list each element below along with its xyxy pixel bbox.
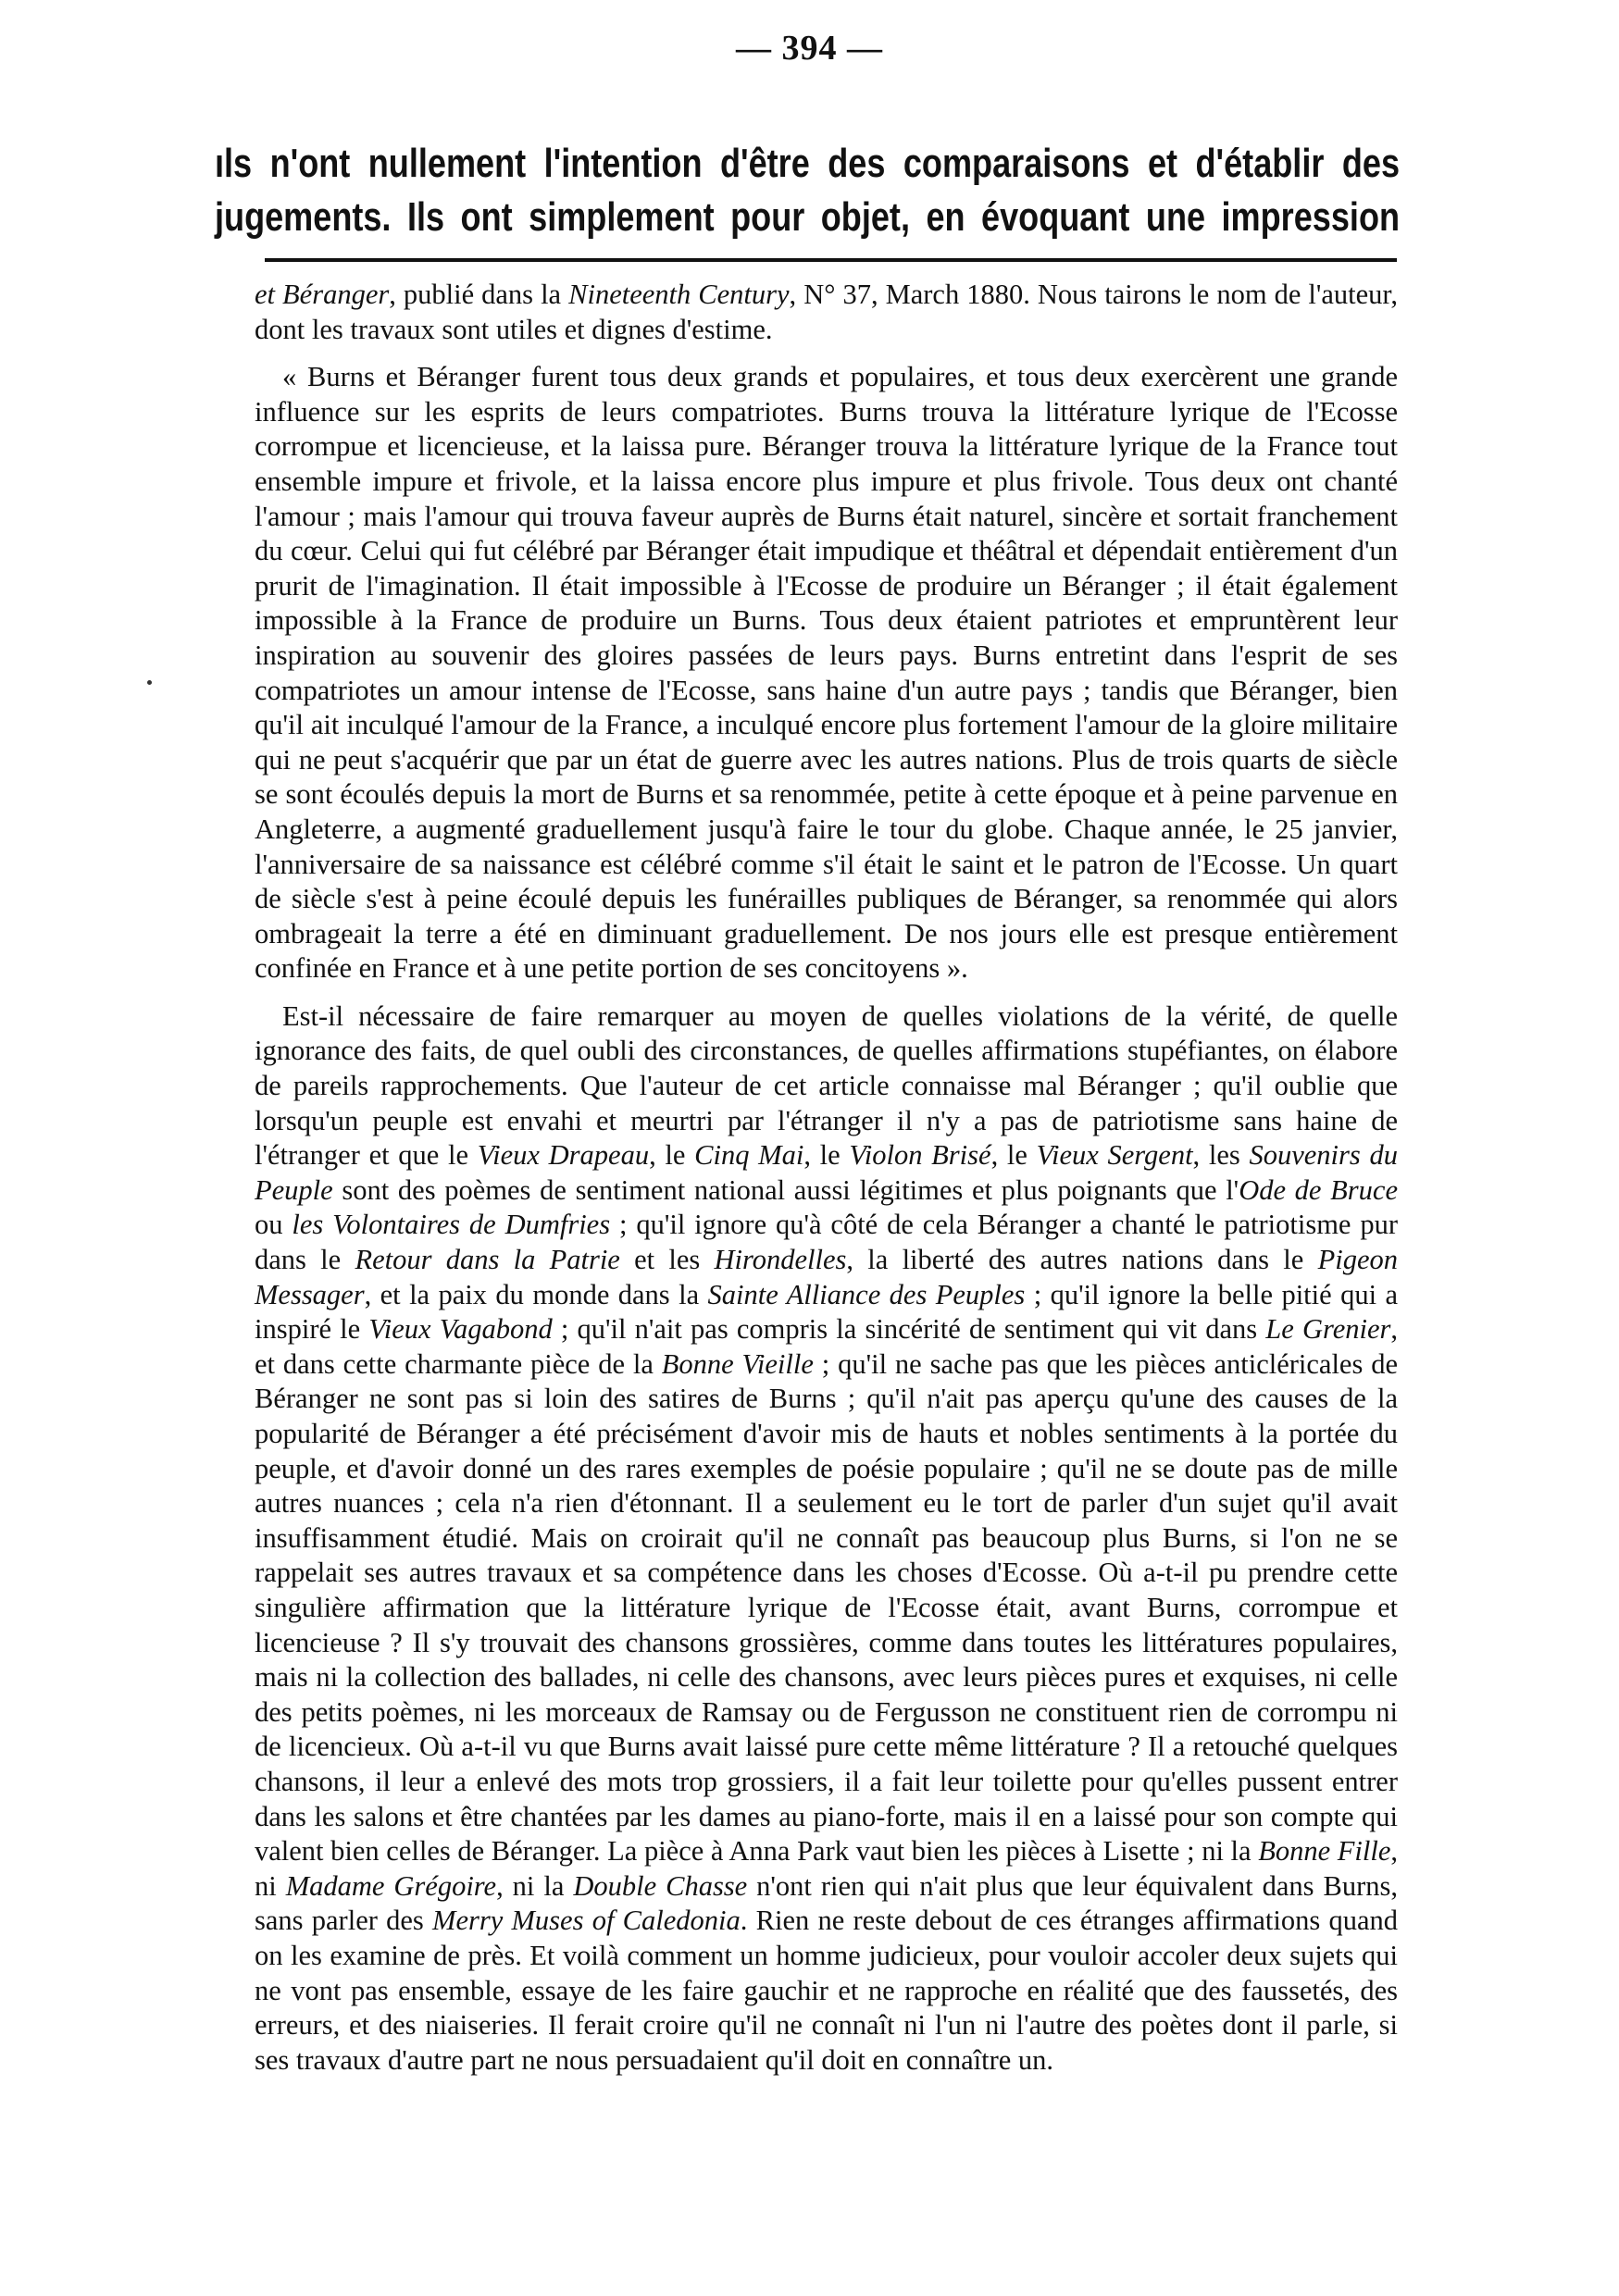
footnote-quote: « Burns et Béranger furent tous deux gra…: [255, 360, 1398, 987]
footnote-title-italic: et Béranger: [255, 279, 389, 310]
work-title: Violon Brisé: [849, 1139, 990, 1171]
work-title: Madame Grégoire: [286, 1870, 496, 1902]
work-title: Retour dans la Patrie: [355, 1244, 619, 1275]
work-title: Vieux Sergent: [1037, 1139, 1193, 1171]
work-title: Vieux Vagabond: [368, 1313, 552, 1345]
work-title: Le Grenier: [1265, 1313, 1390, 1345]
footnote-block: et Béranger, publié dans la Nineteenth C…: [255, 278, 1398, 2078]
main-text-continuation: ıls n'ont nullement l'intention d'être d…: [215, 137, 1400, 244]
work-title: Bonne Vieille: [662, 1348, 814, 1380]
page-number: — 394 —: [0, 28, 1619, 68]
work-title: Vieux Drapeau: [478, 1139, 649, 1171]
work-title: Hirondelles: [715, 1244, 847, 1275]
work-title: Ode de Bruce: [1239, 1174, 1398, 1206]
main-text-line-1: ıls n'ont nullement l'intention d'être d…: [215, 137, 1400, 191]
main-text-line-2: jugements. Ils ont simplement pour objet…: [215, 191, 1400, 244]
footnote-commentary: Est-il nécessaire de faire remarquer au …: [255, 999, 1398, 2078]
footnote-separator-rule: [265, 258, 1397, 262]
footnote-intro: et Béranger, publié dans la Nineteenth C…: [255, 278, 1398, 347]
work-title: Merry Muses of Caledonia: [432, 1905, 741, 1936]
work-title: Sainte Alliance des Peuples: [708, 1279, 1026, 1310]
scan-speck: [147, 680, 152, 685]
work-title: Double Chasse: [573, 1870, 747, 1902]
work-title: Bonne Fille: [1258, 1835, 1390, 1867]
work-title: Cinq Mai: [694, 1139, 803, 1171]
journal-name: Nineteenth Century: [568, 279, 789, 310]
work-title: les Volontaires de Dumfries: [292, 1209, 610, 1240]
